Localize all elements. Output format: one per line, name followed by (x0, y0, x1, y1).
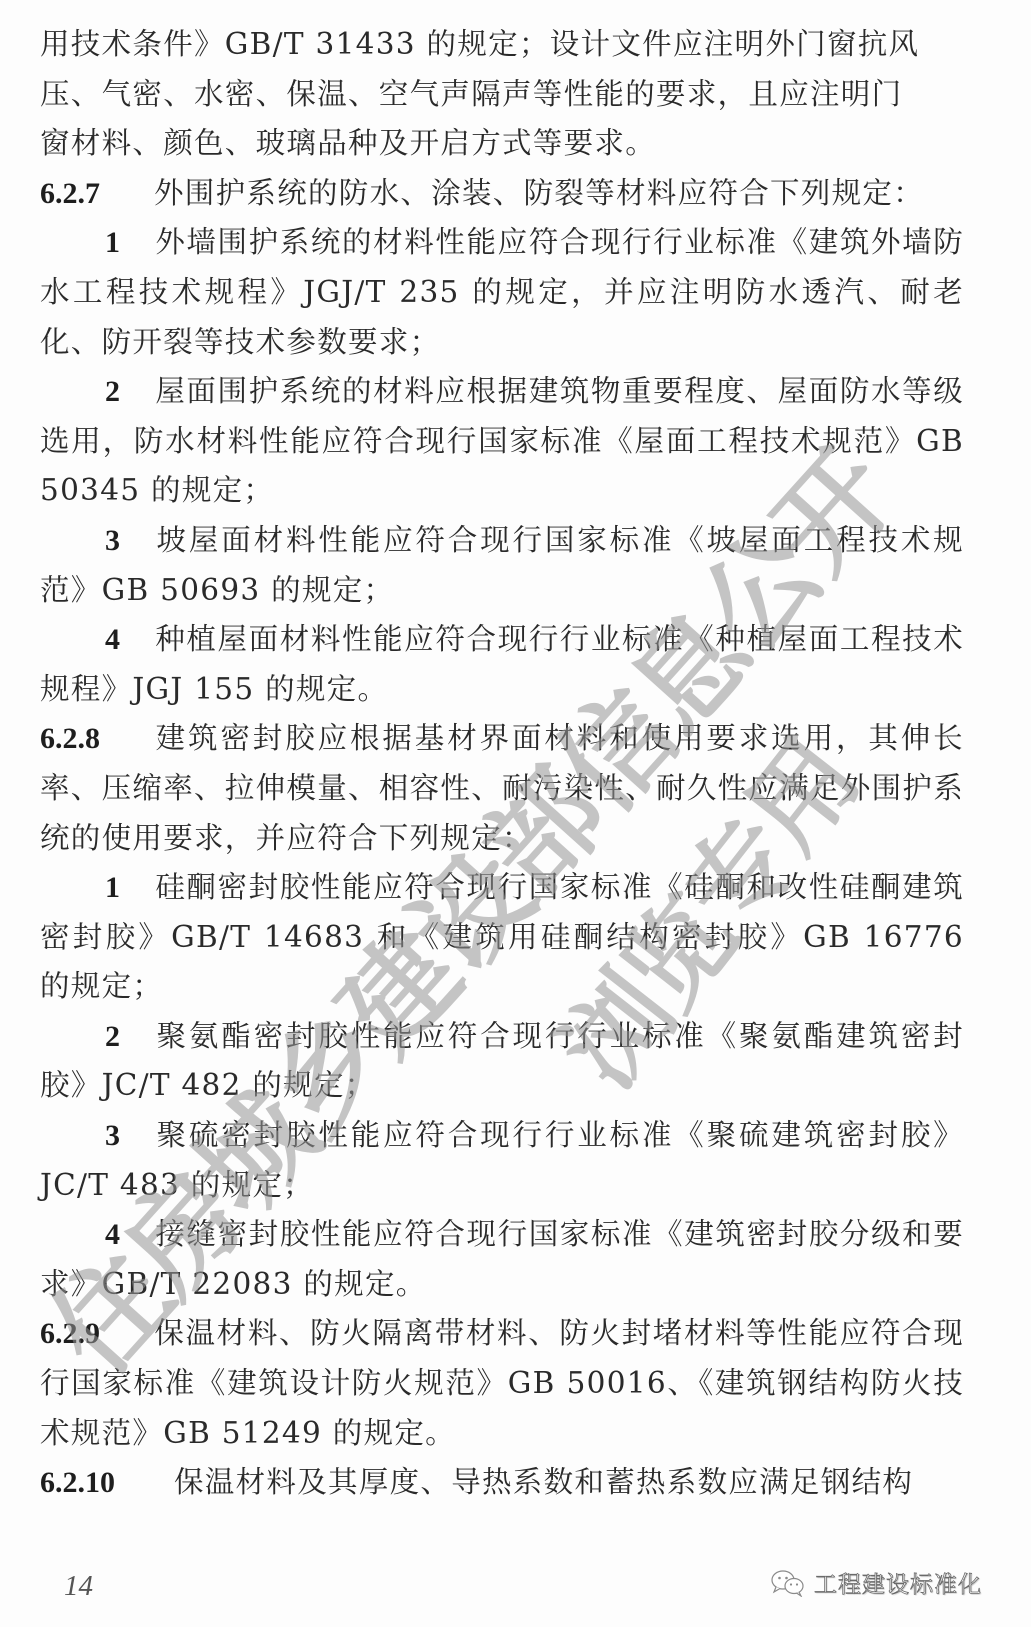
clause-6-2-7-item-3: 3坡屋面材料性能应符合现行国家标准《坡屋面工程技术规范》GB 50693 的规定… (40, 516, 964, 615)
item-number: 3 (105, 1111, 155, 1161)
item-text: 屋面围护系统的材料应根据建筑物重要程度、屋面防水等级选用，防水材料性能应符合现行… (40, 374, 964, 507)
clause-6-2-7-item-2: 2屋面围护系统的材料应根据建筑物重要程度、屋面防水等级选用，防水材料性能应符合现… (40, 367, 964, 516)
clause-6-2-7: 6.2.7外围护系统的防水、涂装、防裂等材料应符合下列规定： (40, 169, 964, 219)
item-number: 4 (105, 615, 155, 665)
item-text: 种植屋面材料性能应符合现行行业标准《种植屋面工程技术规程》JGJ 155 的规定… (40, 622, 964, 706)
item-text: 聚硫密封胶性能应符合现行行业标准《聚硫建筑密封胶》JC/T 483 的规定； (40, 1118, 964, 1202)
clause-number: 6.2.7 (40, 169, 154, 219)
item-number: 2 (105, 1012, 155, 1062)
item-number: 4 (105, 1210, 155, 1260)
clause-number: 6.2.8 (40, 714, 154, 764)
item-number: 1 (105, 863, 155, 913)
item-text: 硅酮密封胶性能应符合现行国家标准《硅酮和改性硅酮建筑密封胶》GB/T 14683… (40, 870, 964, 1003)
document-page: 用技术条件》GB/T 31433 的规定；设计文件应注明外门窗抗风 压、气密、水… (0, 0, 1031, 1627)
item-number: 1 (105, 218, 155, 268)
item-text: 接缝密封胶性能应符合现行国家标准《建筑密封胶分级和要求》GB/T 22083 的… (40, 1217, 964, 1301)
item-text: 聚氨酯密封胶性能应符合现行行业标准《聚氨酯建筑密封胶》JC/T 482 的规定； (40, 1019, 964, 1103)
item-text: 外墙围护系统的材料性能应符合现行行业标准《建筑外墙防水工程技术规程》JGJ/T … (40, 225, 964, 358)
continuation-paragraph: 用技术条件》GB/T 31433 的规定；设计文件应注明外门窗抗风 压、气密、水… (40, 20, 964, 169)
clause-6-2-8-item-1: 1硅酮密封胶性能应符合现行国家标准《硅酮和改性硅酮建筑密封胶》GB/T 1468… (40, 863, 964, 1012)
document-body: 用技术条件》GB/T 31433 的规定；设计文件应注明外门窗抗风 压、气密、水… (40, 20, 964, 1508)
clause-number: 6.2.10 (40, 1458, 174, 1508)
clause-6-2-8-item-2: 2聚氨酯密封胶性能应符合现行行业标准《聚氨酯建筑密封胶》JC/T 482 的规定… (40, 1012, 964, 1111)
continuation-line-1: 用技术条件》GB/T 31433 的规定；设计文件应注明外门窗抗风 (40, 27, 919, 61)
clause-text: 保温材料、防火隔离带材料、防火封堵材料等性能应符合现行国家标准《建筑设计防火规范… (40, 1316, 964, 1449)
clause-6-2-10: 6.2.10保温材料及其厚度、导热系数和蓄热系数应满足钢结构 (40, 1458, 964, 1508)
clause-text: 外围护系统的防水、涂装、防裂等材料应符合下列规定： (154, 176, 924, 210)
continuation-line-2: 压、气密、水密、保温、空气声隔声等性能的要求，且应注明门 (40, 77, 902, 111)
clause-text: 建筑密封胶应根据基材界面材料和使用要求选用，其伸长率、压缩率、拉伸模量、相容性、… (40, 721, 964, 854)
wechat-icon (770, 1569, 806, 1597)
clause-6-2-8-item-3: 3聚硫密封胶性能应符合现行行业标准《聚硫建筑密封胶》JC/T 483 的规定； (40, 1111, 964, 1210)
clause-6-2-8-item-4: 4接缝密封胶性能应符合现行国家标准《建筑密封胶分级和要求》GB/T 22083 … (40, 1210, 964, 1309)
wechat-account-badge: 工程建设标准化 (770, 1566, 982, 1599)
clause-number: 6.2.9 (40, 1309, 154, 1359)
item-number: 3 (105, 516, 155, 566)
clause-6-2-9: 6.2.9保温材料、防火隔离带材料、防火封堵材料等性能应符合现行国家标准《建筑设… (40, 1309, 964, 1458)
continuation-line-3: 窗材料、颜色、玻璃品种及开启方式等要求。 (40, 126, 656, 160)
clause-6-2-7-item-1: 1外墙围护系统的材料性能应符合现行行业标准《建筑外墙防水工程技术规程》JGJ/T… (40, 218, 964, 367)
clause-6-2-8: 6.2.8建筑密封胶应根据基材界面材料和使用要求选用，其伸长率、压缩率、拉伸模量… (40, 714, 964, 863)
clause-6-2-7-item-4: 4种植屋面材料性能应符合现行行业标准《种植屋面工程技术规程》JGJ 155 的规… (40, 615, 964, 714)
item-text: 坡屋面材料性能应符合现行国家标准《坡屋面工程技术规范》GB 50693 的规定； (40, 523, 964, 607)
page-number: 14 (64, 1570, 93, 1603)
clause-text: 保温材料及其厚度、导热系数和蓄热系数应满足钢结构 (174, 1465, 913, 1499)
wechat-account-name: 工程建设标准化 (814, 1566, 982, 1599)
item-number: 2 (105, 367, 155, 417)
